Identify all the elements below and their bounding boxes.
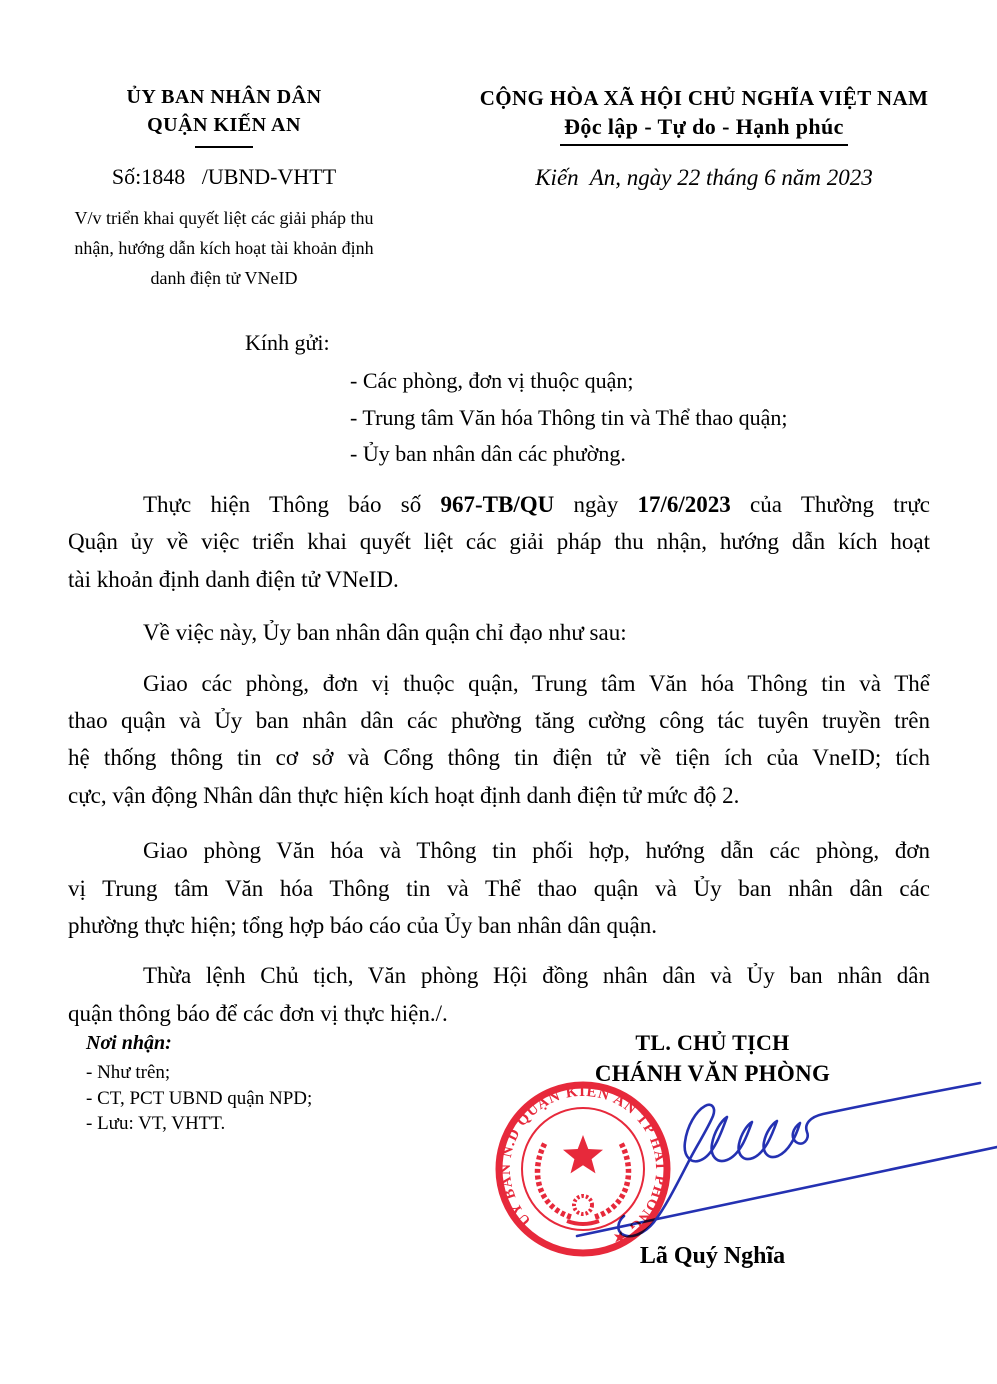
paragraph-3: Giao các phòng, đơn vị thuộc quận, Trung… [68,665,930,815]
org-parent: ỦY BAN NHÂN DÂN [28,86,420,109]
national-title: CỘNG HÒA XÃ HỘI CHỦ NGHĨA VIỆT NAM [438,86,970,111]
body-line: cực, vận động Nhân dân thực hiện kích ho… [68,777,930,814]
body-line: Quận ủy về việc triển khai quyết liệt cá… [68,523,930,560]
salutation: Kính gửi: [245,330,330,356]
recipient-item: - Ủy ban nhân dân các phường. [350,436,788,473]
letter-body: Thực hiện Thông báo số 967-TB/QU ngày 17… [68,486,930,1032]
body-line: quận thông báo để các đơn vị thực hiện./… [68,995,930,1032]
signature-underline-stroke [577,1147,997,1236]
body-line: Về việc này, Ủy ban nhân dân quận chỉ đạ… [68,614,930,651]
distribution-item: - Như trên; [86,1060,312,1086]
subject-line: V/v triển khai quyết liệt các giải pháp … [28,203,420,233]
subject-line: nhận, hướng dẫn kích hoạt tài khoản định [28,233,420,263]
p1-ref-date: 17/6/2023 [637,492,730,517]
subject-line: danh điện tử VNeID [28,263,420,293]
body-line: Thực hiện Thông báo số 967-TB/QU ngày 17… [68,486,930,523]
recipient-item: - Các phòng, đơn vị thuộc quận; [350,363,788,400]
p1-text: ngày [554,492,637,517]
signer-authority: TL. CHỦ TỊCH [540,1030,885,1056]
paragraph-1: Thực hiện Thông báo số 967-TB/QU ngày 17… [68,486,930,598]
distribution-list: - Như trên;- CT, PCT UBND quận NPD;- Lưu… [86,1060,312,1137]
recipient-list: - Các phòng, đơn vị thuộc quận;- Trung t… [350,363,788,473]
handwritten-signature [555,1058,997,1258]
document-number: Số:1848 /UBND-VHTT [28,164,420,190]
official-letter-page: ỦY BAN NHÂN DÂN QUẬN KIẾN AN Số:1848 /UB… [0,0,997,1384]
distribution-item: - Lưu: VT, VHTT. [86,1111,312,1137]
document-subject: V/v triển khai quyết liệt các giải pháp … [28,203,420,293]
place-and-date: Kiến An, ngày 22 tháng 6 năm 2023 [438,165,970,191]
national-motto: Độc lập - Tự do - Hạnh phúc [560,114,848,146]
signature-stroke [618,1083,980,1236]
distribution-label: Nơi nhận: [86,1032,312,1055]
paragraph-4: Giao phòng Văn hóa và Thông tin phối hợp… [68,832,930,944]
issuing-authority-block: ỦY BAN NHÂN DÂN QUẬN KIẾN AN Số:1848 /UB… [28,86,420,293]
body-line: Giao các phòng, đơn vị thuộc quận, Trung… [68,665,930,702]
p1-ref-number: 967-TB/QU [440,492,554,517]
body-line: thao quận và Ủy ban nhân dân các phường … [68,702,930,739]
distribution-notes: Nơi nhận: - Như trên;- CT, PCT UBND quận… [86,1032,312,1137]
p1-text: của Thường trực [731,492,930,517]
org-underline-rule [195,146,253,148]
distribution-item: - CT, PCT UBND quận NPD; [86,1086,312,1112]
body-line: Thừa lệnh Chủ tịch, Văn phòng Hội đồng n… [68,957,930,994]
body-line: Giao phòng Văn hóa và Thông tin phối hợp… [68,832,930,869]
body-line: vị Trung tâm Văn hóa Thông tin và Thể th… [68,870,930,907]
p1-text: Thực hiện Thông báo số [143,492,440,517]
body-line: hệ thống thông tin cơ sở và Cổng thông t… [68,739,930,776]
body-line: tài khoản định danh điện tử VNeID. [68,561,930,598]
recipient-item: - Trung tâm Văn hóa Thông tin và Thể tha… [350,400,788,437]
paragraph-5: Thừa lệnh Chủ tịch, Văn phòng Hội đồng n… [68,957,930,1032]
body-line: phường thực hiện; tổng hợp báo cáo của Ủ… [68,907,930,944]
national-header-block: CỘNG HÒA XÃ HỘI CHỦ NGHĨA VIỆT NAM Độc l… [438,86,970,191]
paragraph-2: Về việc này, Ủy ban nhân dân quận chỉ đạ… [68,614,930,651]
org-name: QUẬN KIẾN AN [28,114,420,137]
